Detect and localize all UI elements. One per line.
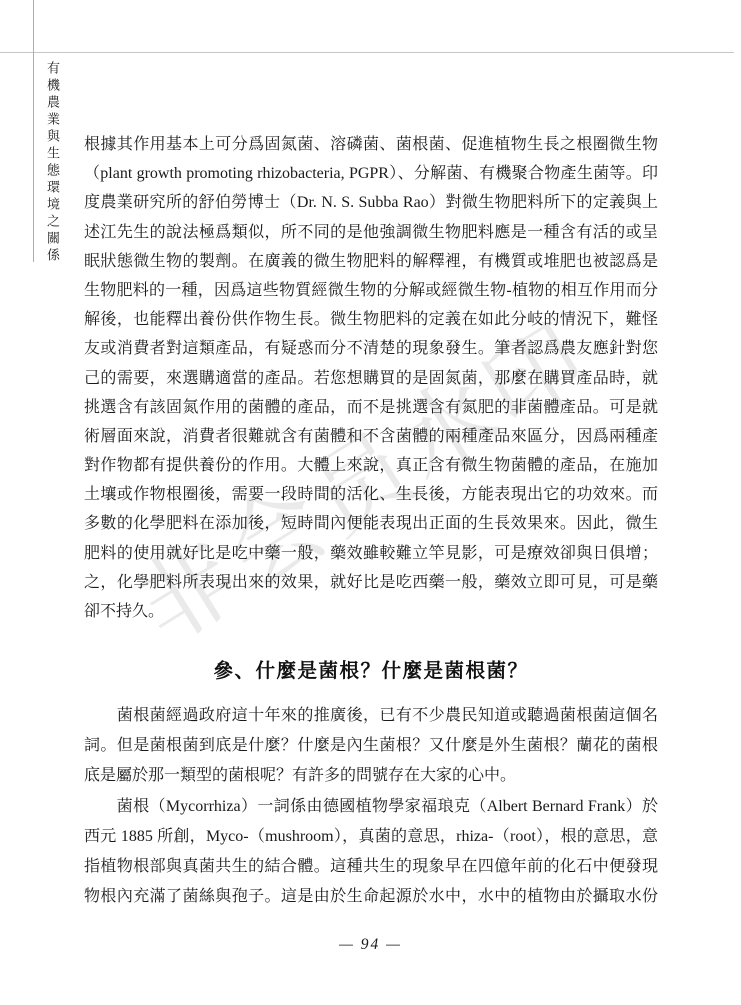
text-line: 詞。但是菌根菌到底是什麼？什麼是內生菌根？又什麼是外生菌根？蘭花的菌根到 xyxy=(84,731,658,761)
text-line: 眠狀態微生物的製劑。在廣義的微生物肥料的解釋裡，有機質或堆肥也被認爲是微 xyxy=(84,247,658,276)
text-line: 挑選含有該固氮作用的菌體的產品，而不是挑選含有氮肥的非菌體產品。可是就技 xyxy=(84,393,658,422)
text-line: 物根內充滿了菌絲與孢子。這是由於生命起源於水中，水中的植物由於攝取水份與 xyxy=(84,882,658,912)
text-line: 卻不持久。 xyxy=(84,597,658,626)
body-paragraph-2: 菌根（Mycorrhiza）一詞係由德國植物學家福琅克（Albert Berna… xyxy=(84,792,658,913)
header-divider-line xyxy=(0,52,734,53)
margin-vertical-line xyxy=(33,0,34,262)
text-line: 土壤或作物根圈後，需要一段時間的活化、生長後，方能表現出它的功效來。而大 xyxy=(84,480,658,509)
text-line: （plant growth promoting rhizobacteria, P… xyxy=(84,159,658,188)
text-line: 菌根（Mycorrhiza）一詞係由德國植物學家福琅克（Albert Berna… xyxy=(84,792,658,822)
text-line: 述江先生的說法極爲類似，所不同的是他強調微生物肥料應是一種含有活的或呈休 xyxy=(84,218,658,247)
text-line: 之，化學肥料所表現出來的效果，就好比是吃西藥一般，藥效立即可見，可是藥效 xyxy=(84,568,658,597)
body-paragraph-group: 菌根菌經過政府這十年來的推廣後，已有不少農民知道或聽過菌根菌這個名詞。但是菌根菌… xyxy=(84,701,658,912)
text-line: 底是屬於那一類型的菌根呢？有許多的問號存在大家的心中。 xyxy=(84,761,658,791)
text-line: 肥料的使用就好比是吃中藥一般，藥效雖較難立竿見影，可是療效卻與日俱增；反 xyxy=(84,539,658,568)
document-page: 有機農業與生態環境之關係 非会员水印 根據其作用基本上可分爲固氮菌、溶磷菌、菌根… xyxy=(0,0,741,1005)
text-line: 對作物都有提供養份的作用。大體上來說，真正含有微生物菌體的產品，在施加到 xyxy=(84,451,658,480)
sidebar-vertical-book-title: 有機農業與生態環境之關係 xyxy=(43,61,61,265)
section-heading: 參、什麼是菌根？什麼是菌根菌？ xyxy=(84,655,658,683)
text-line: 指植物根部與真菌共生的結合體。這種共生的現象早在四億年前的化石中便發現植 xyxy=(84,852,658,882)
text-line: 菌根菌經過政府這十年來的推廣後，已有不少農民知道或聽過菌根菌這個名 xyxy=(84,701,658,731)
text-line: 多數的化學肥料在添加後，短時間內便能表現出正面的生長效果來。因此，微生物 xyxy=(84,509,658,538)
text-line: 己的需要，來選購適當的產品。若您想購買的是固氮菌，那麼在購買產品時，就應 xyxy=(84,364,658,393)
page-number: — 94 — xyxy=(0,936,741,954)
text-line: 友或消費者對這類產品，有疑惑而分不清楚的現象發生。筆者認爲農友應針對您自 xyxy=(84,334,658,363)
text-line: 解後，也能釋出養份供作物生長。微生物肥料的定義在如此分岐的情況下，難怪農 xyxy=(84,305,658,334)
text-line: 術層面來說，消費者很難就含有菌體和不含菌體的兩種產品來區分，因爲兩種產品 xyxy=(84,422,658,451)
text-line: 生物肥料的一種，因爲這些物質經微生物的分解或經微生物-植物的相互作用而分 xyxy=(84,276,658,305)
text-line: 根據其作用基本上可分爲固氮菌、溶磷菌、菌根菌、促進植物生長之根圈微生物 xyxy=(84,130,658,159)
body-paragraph-1: 菌根菌經過政府這十年來的推廣後，已有不少農民知道或聽過菌根菌這個名詞。但是菌根菌… xyxy=(84,701,658,792)
text-line: 度農業研究所的舒伯勞博士（Dr. N. S. Subba Rao）對微生物肥料所… xyxy=(84,188,658,217)
text-line: 西元 1885 所創，Myco-（mushroom），真菌的意思，rhiza-（… xyxy=(84,822,658,852)
body-paragraph-continuation: 根據其作用基本上可分爲固氮菌、溶磷菌、菌根菌、促進植物生長之根圈微生物（plan… xyxy=(84,130,658,626)
